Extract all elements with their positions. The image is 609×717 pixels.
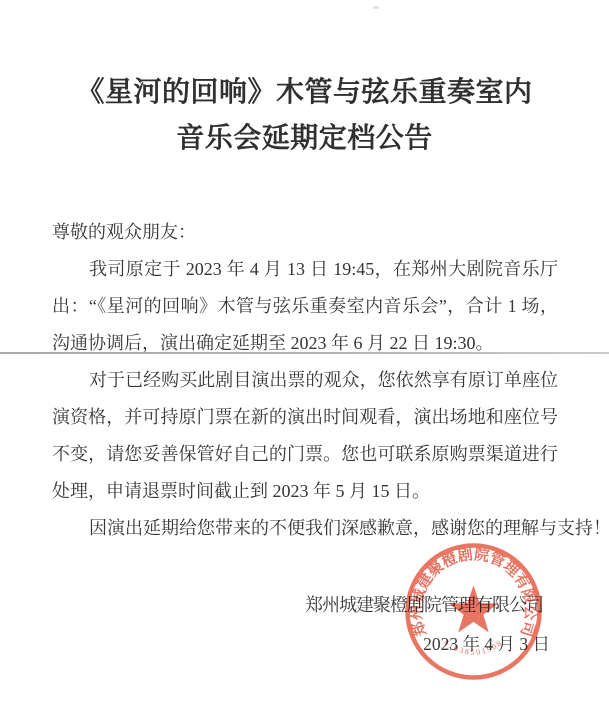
announcement-page: 《星河的回响》木管与弦乐重奏室内 音乐会延期定档公告 尊敬的观众朋友： 我司原定… — [0, 0, 609, 717]
company-seal-stamp: 郑州城建聚橙剧院管理有限公司 41038501908 — [404, 542, 544, 682]
body-line: 处理，申请退票时间截止到 2023 年 5 月 15 日。 — [52, 473, 558, 510]
salutation: 尊敬的观众朋友： — [52, 214, 558, 251]
svg-text:41038501908: 41038501908 — [442, 638, 505, 657]
document-body: 尊敬的观众朋友： 我司原定于 2023 年 4 月 13 日 19:45，在郑州… — [52, 214, 558, 547]
body-line: 演资格，并可持原门票在新的演出时间观看，演出场地和座位号维持 — [52, 399, 558, 436]
document-title: 《星河的回响》木管与弦乐重奏室内 音乐会延期定档公告 — [0, 70, 609, 162]
title-line-1: 《星河的回响》木管与弦乐重奏室内 — [0, 70, 609, 116]
body-line: 不变，请您妥善保管好自己的门票。您也可联系原购票渠道进行退票 — [52, 436, 558, 473]
title-line-2: 音乐会延期定档公告 — [0, 116, 609, 162]
body-line: 对于已经购买此剧目演出票的观众，您依然享有原订单座位的观 — [52, 362, 558, 399]
scan-speck — [373, 6, 379, 9]
seal-star-icon — [449, 586, 498, 633]
body-line: 我司原定于 2023 年 4 月 13 日 19:45，在郑州大剧院音乐厅的演 — [52, 251, 558, 288]
scan-artifact-line — [0, 352, 609, 354]
seal-number: 41038501908 — [442, 638, 505, 657]
body-line: 沟通协调后，演出确定延期至 2023 年 6 月 22 日 19:30。 — [52, 325, 558, 362]
body-line: 出：“《星河的回响》木管与弦乐重奏室内音乐会”，合计 1 场，经 — [52, 288, 558, 325]
